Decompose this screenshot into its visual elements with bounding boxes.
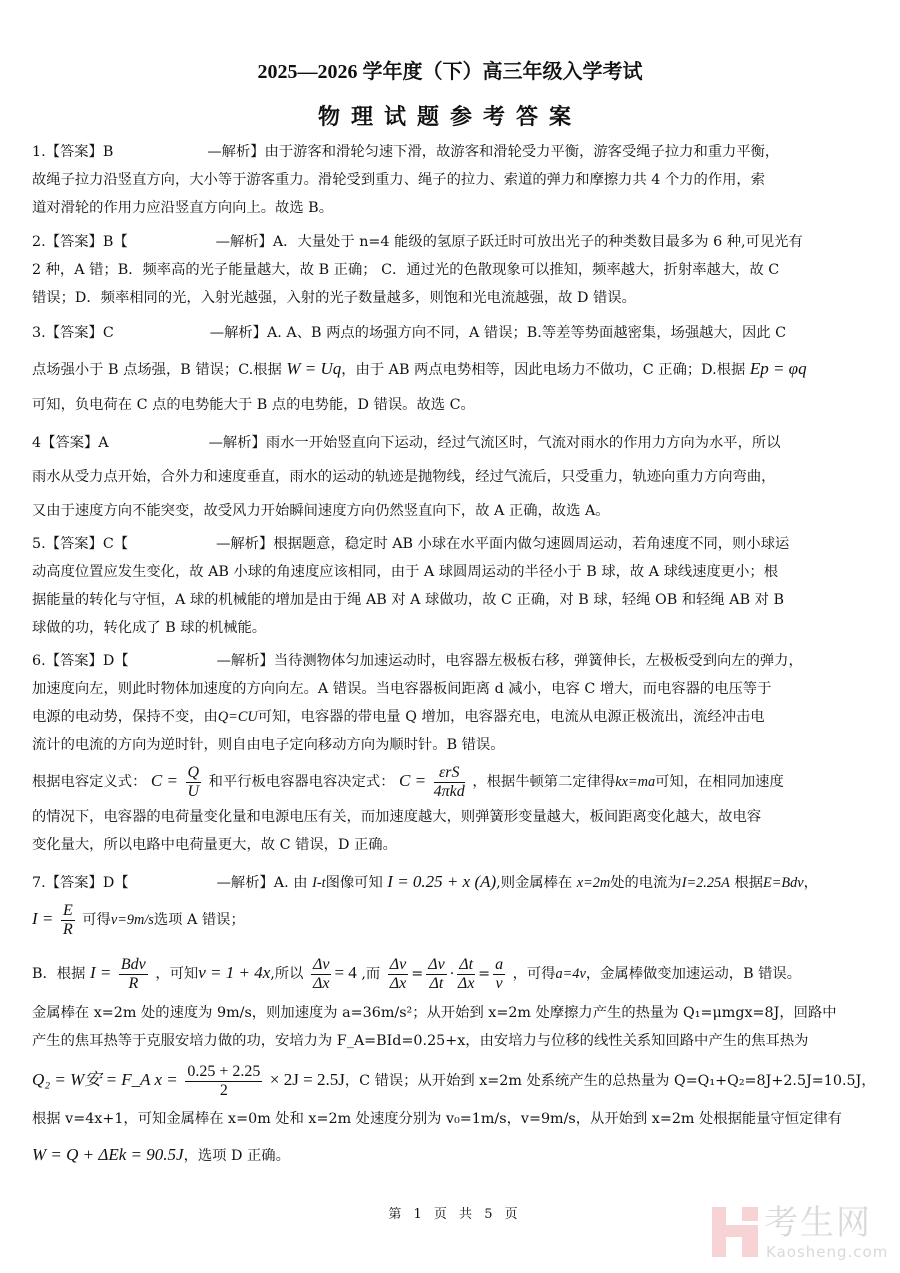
fraction-average-force: 0.25 + 2.252: [185, 1063, 262, 1100]
formula-q-cu: Q=CU: [218, 709, 258, 725]
fraction-chain-2: ΔvΔt: [426, 956, 447, 993]
formula-energy-conservation: W = Q + ΔEk = 90.5J: [32, 1145, 184, 1164]
q1-analysis-label: —解析】: [207, 144, 264, 160]
watermark-text-cn: 考生网: [764, 1203, 872, 1243]
document-page: 2025—2026 学年度（下）高三年级入学考试 物理试题参考答案 1.【答案】…: [0, 0, 900, 1273]
q4-answer: 【答案】A: [41, 435, 109, 451]
question-3: 3.【答案】C—解析】A. A、B 两点的场强方向不同，A 错误；B.等差等势面…: [32, 316, 870, 423]
fraction-chain-3: ΔtΔx: [457, 956, 475, 993]
exam-title: 2025—2026 学年度（下）高三年级入学考试: [0, 55, 900, 84]
answer-key-title: 物理试题参考答案: [0, 100, 900, 131]
watermark-logo: 考生网 Kaosheng.com: [712, 1203, 892, 1265]
q5-answer: 【答案】C【: [46, 536, 128, 552]
page-number: 第 1 页 共 5 页: [388, 1203, 521, 1222]
question-7: 7.【答案】D【—解析】A. 由 I-t图像可知 I = 0.25 + x (A…: [32, 868, 870, 1170]
formula-potential-energy: Ep = φq: [750, 359, 807, 378]
question-2: 2.【答案】B【—解析】A．大量处于 n=4 能级的氢原子跃迁时可放出光子的种类…: [32, 228, 870, 312]
q1-number: 1.: [32, 144, 46, 160]
q7-answer: 【答案】D【: [46, 875, 129, 891]
q3-answer: 【答案】C: [46, 325, 114, 341]
fraction-capacitance-definition: QU: [186, 764, 202, 801]
watermark-text-en: Kaosheng.com: [766, 1243, 888, 1261]
question-1: 1.【答案】B—解析】由于游客和滑轮匀速下滑，故游客和滑轮受力平衡，游客受绳子拉…: [32, 138, 870, 222]
fraction-bdv-over-r: BdvR: [119, 956, 148, 993]
question-4: 4【答案】A—解析】雨水一开始竖直向下运动，经过气流区时，气流对雨水的作用力方向…: [32, 426, 870, 528]
q1-answer: 【答案】B: [46, 144, 114, 160]
fraction-e-over-r: ER: [61, 902, 75, 939]
fraction-chain-4: av: [493, 956, 505, 993]
fraction-dv-dx: ΔvΔx: [311, 956, 332, 993]
formula-work: W = Uq: [286, 359, 341, 378]
fraction-chain-1: ΔvΔx: [388, 956, 409, 993]
question-5: 5.【答案】C【—解析】根据题意，稳定时 AB 小球在水平面内做匀速圆周运动，若…: [32, 530, 870, 642]
kaosheng-logo-icon: [712, 1207, 758, 1257]
q2-answer: 【答案】B【: [46, 234, 128, 250]
question-6: 6.【答案】D【—解析】当待测物体匀加速运动时，电容器左极板右移，弹簧伸长，左极…: [32, 647, 870, 859]
q6-answer: 【答案】D【: [46, 653, 129, 669]
fraction-capacitance-determination: εrS4πkd: [434, 764, 465, 801]
